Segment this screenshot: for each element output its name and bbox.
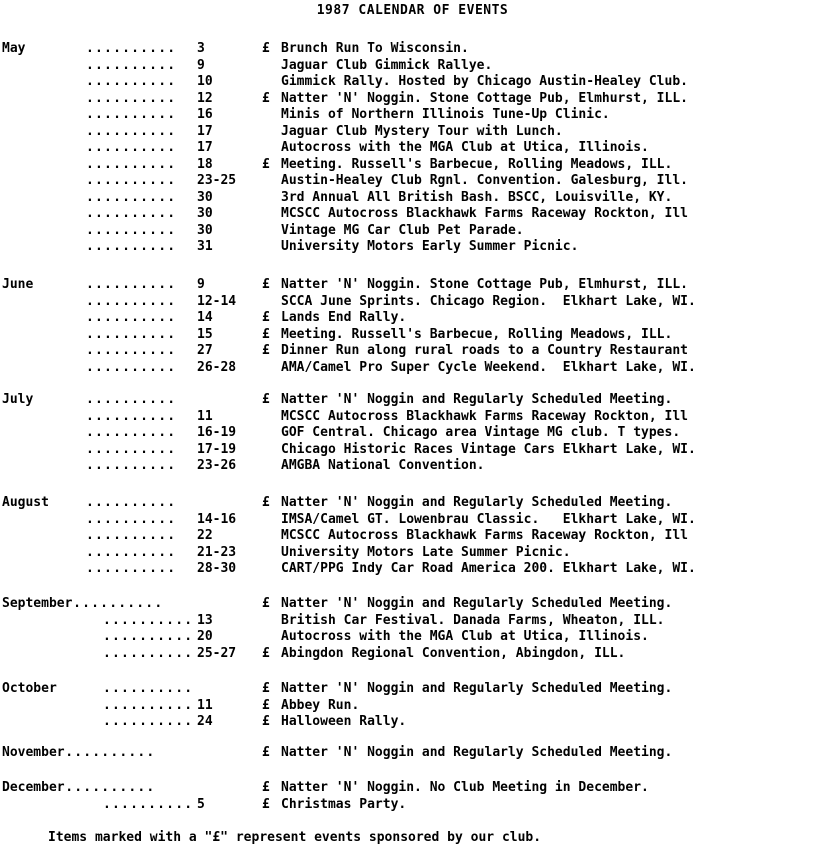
event-description: Dinner Run along rural roads to a Countr… [281,343,688,359]
event-description: AMGBA National Convention. [281,458,485,474]
club-sponsored-marker-icon: £ [262,745,270,761]
event-description: Meeting. Russell's Barbecue, Rolling Mea… [281,327,672,343]
dot-leader: .......... [86,124,176,140]
event-description: SCCA June Sprints. Chicago Region. Elkha… [281,294,696,310]
event-day: 18 [197,157,213,173]
month-label: August [2,495,49,511]
event-day: 30 [197,190,213,206]
month-label: July [2,392,33,408]
dot-leader: .......... [86,41,176,57]
event-day: 14 [197,310,213,326]
dot-leader: .......... [103,714,193,730]
event-description: Gimmick Rally. Hosted by Chicago Austin-… [281,74,688,90]
event-description: Abingdon Regional Convention, Abingdon, … [281,646,625,662]
event-day: 9 [197,277,205,293]
event-description: Chicago Historic Races Vintage Cars Elkh… [281,442,696,458]
event-description: Natter 'N' Noggin. Stone Cottage Pub, El… [281,277,688,293]
club-sponsored-marker-icon: £ [262,392,270,408]
dot-leader: .......... [86,157,176,173]
event-description: Minis of Northern Illinois Tune-Up Clini… [281,107,610,123]
dot-leader: .......... [103,646,193,662]
dot-leader: .......... [86,545,176,561]
event-day: 26-28 [197,360,236,376]
month-label: May [2,41,25,57]
event-day: 16 [197,107,213,123]
dot-leader: .......... [86,310,176,326]
dot-leader: .......... [86,239,176,255]
event-day: 30 [197,223,213,239]
event-description: University Motors Early Summer Picnic. [281,239,578,255]
event-day: 13 [197,613,213,629]
event-description: Brunch Run To Wisconsin. [281,41,469,57]
event-description: CART/PPG Indy Car Road America 200. Elkh… [281,561,696,577]
event-day: 31 [197,239,213,255]
dot-leader: .......... [86,512,176,528]
month-label: December [2,780,65,796]
club-sponsored-marker-icon: £ [262,698,270,714]
club-sponsored-marker-icon: £ [262,646,270,662]
event-description: Natter 'N' Noggin and Regularly Schedule… [281,495,672,511]
event-day: 5 [197,797,205,813]
dot-leader: .......... [86,425,176,441]
dot-leader: .......... [86,561,176,577]
dot-leader: .......... [73,596,163,612]
club-sponsored-marker-icon: £ [262,780,270,796]
event-description: MCSCC Autocross Blackhawk Farms Raceway … [281,528,688,544]
dot-leader: .......... [86,91,176,107]
month-label: October [2,681,57,697]
dot-leader: .......... [103,797,193,813]
month-label: September [2,596,72,612]
event-description: Natter 'N' Noggin. No Club Meeting in De… [281,780,649,796]
event-description: Natter 'N' Noggin and Regularly Schedule… [281,681,672,697]
event-description: Natter 'N' Noggin and Regularly Schedule… [281,745,672,761]
event-day: 14-16 [197,512,236,528]
dot-leader: .......... [86,458,176,474]
dot-leader: .......... [86,294,176,310]
event-day: 27 [197,343,213,359]
event-description: GOF Central. Chicago area Vintage MG clu… [281,425,680,441]
event-description: Natter 'N' Noggin and Regularly Schedule… [281,596,672,612]
club-sponsored-marker-icon: £ [262,495,270,511]
event-description: Halloween Rally. [281,714,406,730]
event-day: 24 [197,714,213,730]
club-sponsored-marker-icon: £ [262,714,270,730]
event-description: Natter 'N' Noggin and Regularly Schedule… [281,392,672,408]
club-sponsored-marker-icon: £ [262,343,270,359]
event-day: 20 [197,629,213,645]
event-description: AMA/Camel Pro Super Cycle Weekend. Elkha… [281,360,696,376]
event-description: Jaguar Club Gimmick Rallye. [281,58,492,74]
event-description: MCSCC Autocross Blackhawk Farms Raceway … [281,409,688,425]
event-description: Autocross with the MGA Club at Utica, Il… [281,629,649,645]
dot-leader: .......... [86,58,176,74]
dot-leader: .......... [103,698,193,714]
dot-leader: .......... [86,74,176,90]
dot-leader: .......... [86,343,176,359]
event-day: 9 [197,58,205,74]
event-day: 30 [197,206,213,222]
dot-leader: .......... [86,495,176,511]
dot-leader: .......... [65,780,155,796]
event-day: 11 [197,409,213,425]
club-sponsored-marker-icon: £ [262,91,270,107]
event-description: 3rd Annual All British Bash. BSCC, Louis… [281,190,672,206]
club-sponsored-marker-icon: £ [262,310,270,326]
event-day: 12 [197,91,213,107]
club-sponsored-marker-icon: £ [262,157,270,173]
dot-leader: .......... [86,392,176,408]
dot-leader: .......... [103,681,193,697]
event-day: 25-27 [197,646,236,662]
club-sponsored-marker-icon: £ [262,41,270,57]
event-description: Jaguar Club Mystery Tour with Lunch. [281,124,563,140]
event-description: IMSA/Camel GT. Lowenbrau Classic. Elkhar… [281,512,696,528]
event-day: 15 [197,327,213,343]
event-day: 28-30 [197,561,236,577]
club-sponsored-marker-icon: £ [262,681,270,697]
dot-leader: .......... [86,327,176,343]
dot-leader: .......... [86,223,176,239]
event-description: Natter 'N' Noggin. Stone Cottage Pub, El… [281,91,688,107]
event-day: 23-26 [197,458,236,474]
event-day: 3 [197,41,205,57]
event-day: 23-25 [197,173,236,189]
dot-leader: .......... [86,206,176,222]
event-day: 11 [197,698,213,714]
event-description: MCSCC Autocross Blackhawk Farms Raceway … [281,206,688,222]
dot-leader: .......... [86,140,176,156]
dot-leader: .......... [86,409,176,425]
event-description: British Car Festival. Danada Farms, Whea… [281,613,665,629]
dot-leader: .......... [86,277,176,293]
event-day: 17 [197,124,213,140]
dot-leader: .......... [86,107,176,123]
club-sponsored-marker-icon: £ [262,797,270,813]
event-description: Vintage MG Car Club Pet Parade. [281,223,524,239]
event-day: 17-19 [197,442,236,458]
event-day: 10 [197,74,213,90]
event-day: 12-14 [197,294,236,310]
dot-leader: .......... [86,173,176,189]
dot-leader: .......... [86,442,176,458]
club-sponsored-marker-icon: £ [262,327,270,343]
dot-leader: .......... [103,629,193,645]
event-description: Lands End Rally. [281,310,406,326]
event-description: Autocross with the MGA Club at Utica, Il… [281,140,649,156]
dot-leader: .......... [103,613,193,629]
event-description: Abbey Run. [281,698,359,714]
footer-note: Items marked with a "£" represent events… [48,830,541,845]
event-description: Meeting. Russell's Barbecue, Rolling Mea… [281,157,672,173]
month-label: November [2,745,65,761]
club-sponsored-marker-icon: £ [262,277,270,293]
club-sponsored-marker-icon: £ [262,596,270,612]
dot-leader: .......... [86,360,176,376]
event-description: Austin-Healey Club Rgnl. Convention. Gal… [281,173,688,189]
month-label: June [2,277,33,293]
dot-leader: .......... [86,190,176,206]
dot-leader: .......... [65,745,155,761]
page-title: 1987 CALENDAR OF EVENTS [0,3,825,18]
event-day: 21-23 [197,545,236,561]
event-description: Christmas Party. [281,797,406,813]
dot-leader: .......... [86,528,176,544]
event-day: 22 [197,528,213,544]
event-day: 17 [197,140,213,156]
event-description: University Motors Late Summer Picnic. [281,545,571,561]
event-day: 16-19 [197,425,236,441]
